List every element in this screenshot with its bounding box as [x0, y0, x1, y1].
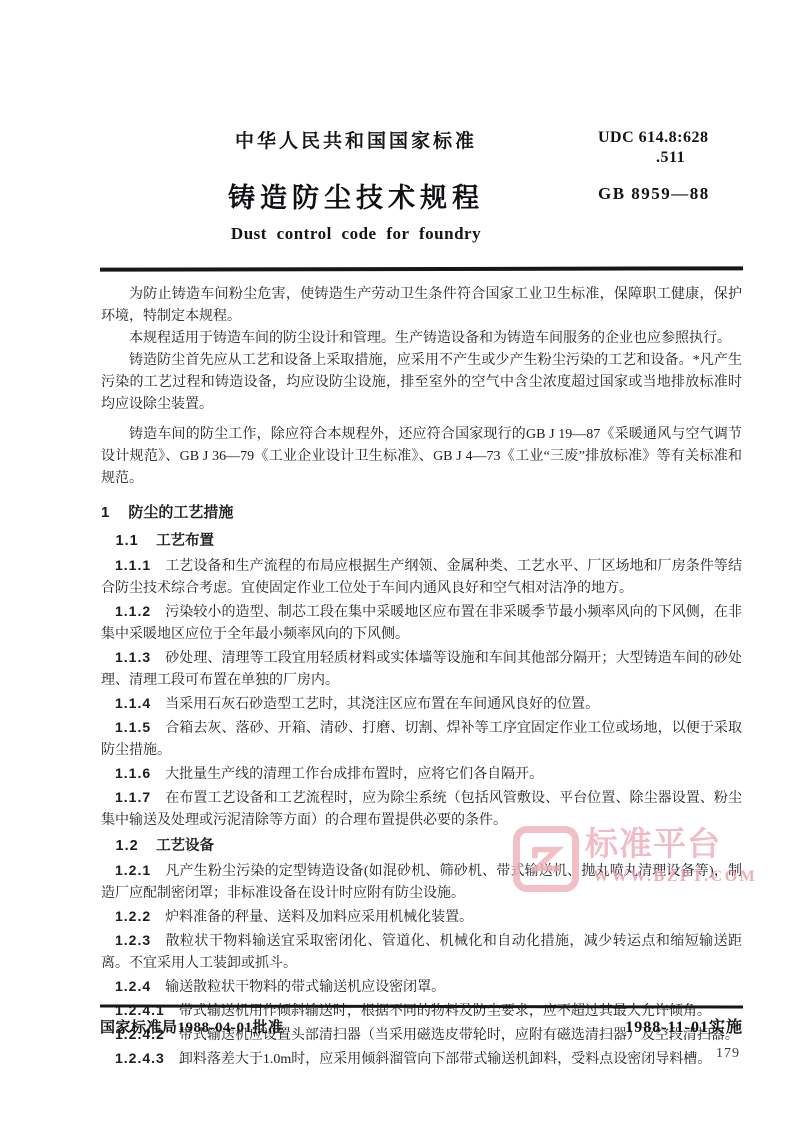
clause-item: 1.2.2炉料准备的秤量、送料及加料应采用机械化装置。 [101, 905, 742, 929]
clause-item: 1.1.4当采用石灰石砂造型工艺时，其浇注区应布置在车间通风良好的位置。 [101, 692, 742, 716]
udc-line2: .511 [598, 148, 728, 168]
preamble-paragraph: 铸造车间的防尘工作，除应符合本规程外，还应符合国家现行的GB J 19—87《采… [101, 424, 742, 490]
clause-item: 1.1.6大批量生产线的清理工作台成排布置时，应将它们各自隔开。 [101, 762, 742, 786]
document-title-zh: 铸造防尘技术规程 [100, 176, 612, 215]
udc-classification: UDC 614.8:628 .511 [598, 128, 728, 168]
clause-item: 1.1.3砂处理、清理等工段宜用轻质材料或实体墙等设施和车间其他部分隔开；大型铸… [101, 646, 742, 692]
preamble-paragraph: 铸造防尘首先应从工艺和设备上采取措施，应采用不产生或少产生粉尘污染的工艺和设备。… [101, 350, 742, 416]
section-heading-1-1: 1.1工艺布置 [101, 530, 742, 552]
clause-item: 1.2.4.3卸料落差大于1.0m时，应采用倾斜溜管向下部带式输送机卸料，受料点… [101, 1047, 742, 1071]
clause-item: 1.2.3散粒状干物料输送宜采取密闭化、管道化、机械化和自动化措施，减少转运点和… [101, 929, 742, 975]
clause-item: 1.2.1凡产生粉尘污染的定型铸造设备(如混砂机、筛砂机、带式输送机、抛丸喷丸清… [101, 859, 742, 905]
clause-item: 1.2.4输送散粒状干物料的带式输送机应设密闭罩。 [101, 975, 742, 999]
udc-line1: UDC 614.8:628 [598, 128, 728, 148]
section-chapter-1: 1防尘的工艺措施 [101, 502, 742, 524]
clause-item: 1.1.7在布置工艺设备和工艺流程时，应为除尘系统（包括风管敷设、平台位置、除尘… [101, 786, 742, 832]
clause-item: 1.1.5合箱去灰、落砂、开箱、清砂、打磨、切割、焊补等工序宜固定作业工位或场地… [101, 716, 742, 762]
clause-item: 1.1.1工艺设备和生产流程的布局应根据生产纲领、金属种类、工艺水平、厂区场地和… [101, 554, 742, 600]
approval-date: 国家标准局1988-04-01批准 [100, 1016, 284, 1037]
page-number: 179 [706, 1046, 750, 1062]
national-standard-label: 中华人民共和国国家标准 [100, 126, 612, 153]
preamble-paragraph: 本规程适用于铸造车间的防尘设计和管理。生产铸造设备和为铸造车间服务的企业也应参照… [101, 328, 742, 350]
standard-number: GB 8959—88 [598, 184, 738, 204]
document-body: 为防止铸造车间粉尘危害，使铸造生产劳动卫生条件符合国家工业卫生标准，保障职工健康… [101, 284, 742, 1071]
implementation-date: 1988-11-01实施 [625, 1014, 743, 1037]
document-title-en: Dust control code for foundry [100, 224, 612, 244]
header-divider-rule [100, 266, 743, 271]
section-heading-1-2: 1.2工艺设备 [101, 835, 742, 857]
footer: 国家标准局1988-04-01批准 1988-11-01实施 [100, 1014, 743, 1037]
standard-document-page: 中华人民共和国国家标准 UDC 614.8:628 .511 铸造防尘技术规程 … [0, 0, 800, 1132]
clause-item: 1.1.2污染较小的造型、制芯工段在集中采暖地区应布置在非采暖季节最小频率风向的… [101, 600, 742, 646]
preamble-paragraph: 为防止铸造车间粉尘危害，使铸造生产劳动卫生条件符合国家工业卫生标准，保障职工健康… [101, 284, 742, 328]
